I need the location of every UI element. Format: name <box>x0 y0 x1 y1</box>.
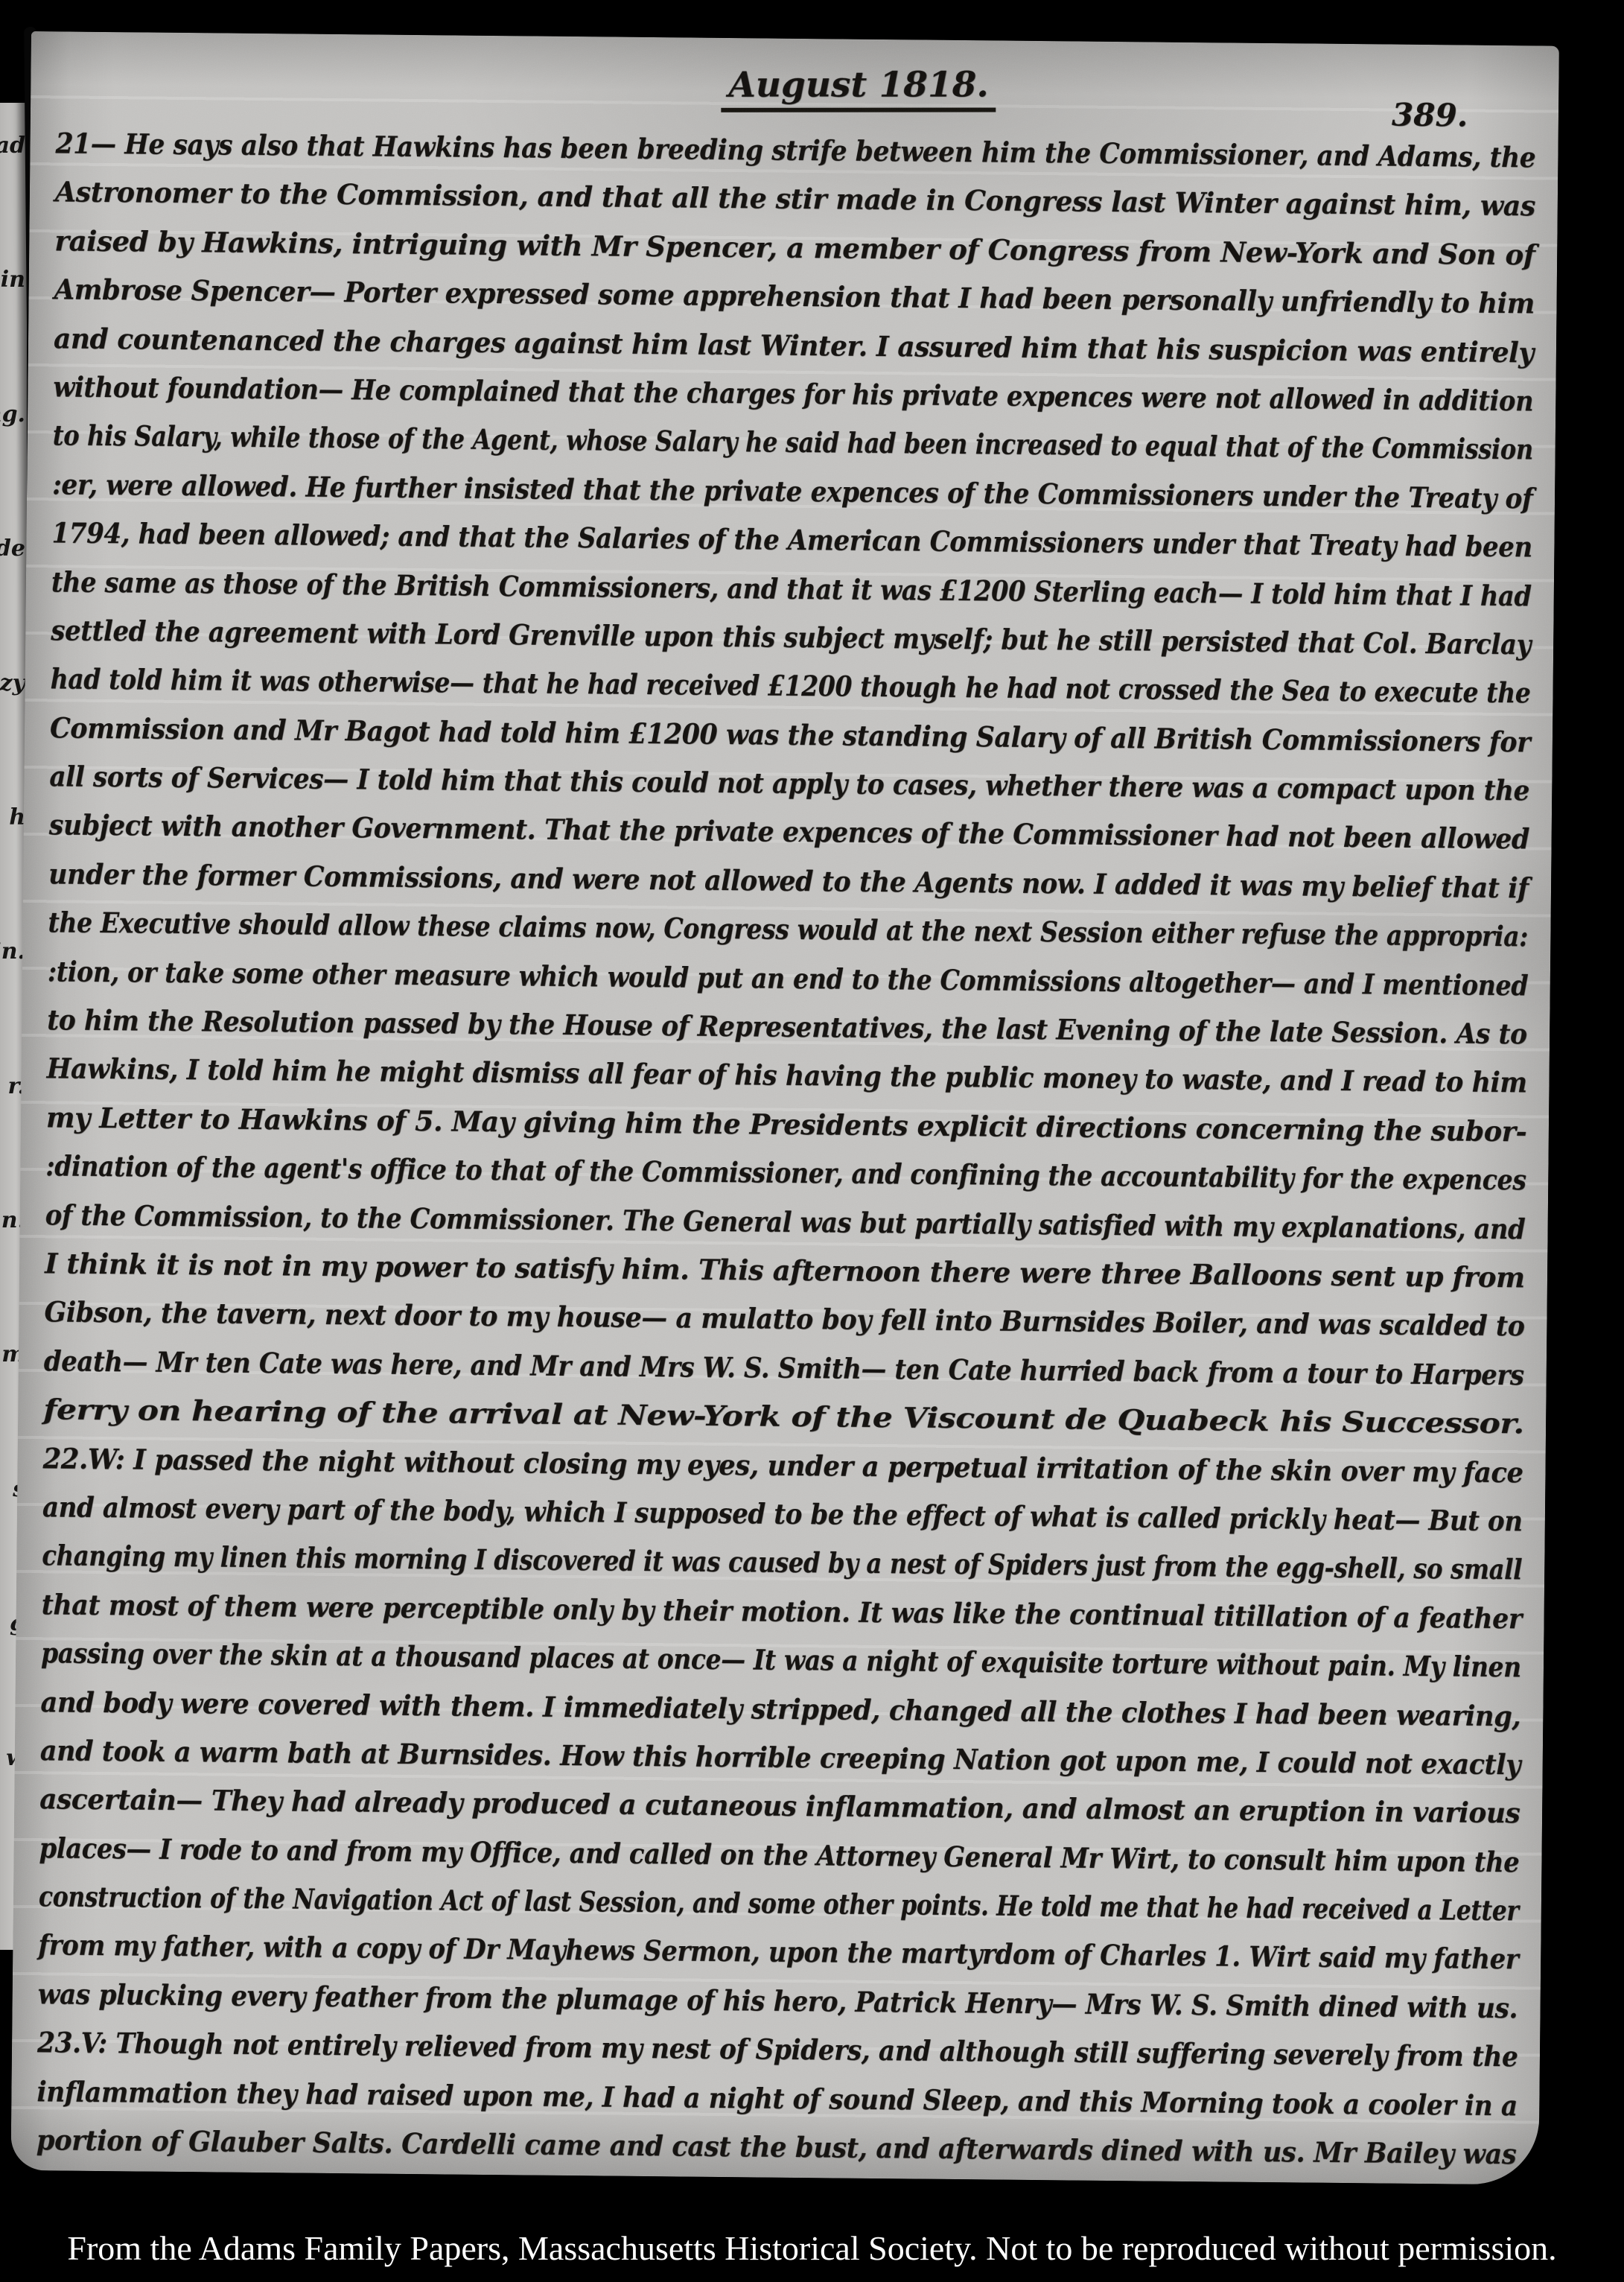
heading-row: August 1818. <box>95 57 1559 120</box>
scanned-manuscript-page: adinng.dezyhin.r.n.msgwt August 1818. 38… <box>0 0 1624 2282</box>
edge-fragment: zy <box>0 670 25 696</box>
date-heading: August 1818. <box>722 65 996 112</box>
edge-fragment: in <box>1 267 25 293</box>
edge-fragment: ad <box>0 133 25 159</box>
page-number: 389. <box>1392 97 1468 134</box>
manuscript-body: 21— He says also that Hawkins has been b… <box>36 119 1536 2178</box>
footer-caption: From the Adams Family Papers, Massachuse… <box>0 2228 1624 2268</box>
edge-fragment: h <box>9 804 25 830</box>
manuscript-paper: August 1818. 389. 21— He says also that … <box>10 31 1558 2185</box>
edge-fragment: de <box>0 535 25 562</box>
edge-fragment: ng. <box>0 401 25 428</box>
edge-fragment: in. <box>0 938 25 964</box>
